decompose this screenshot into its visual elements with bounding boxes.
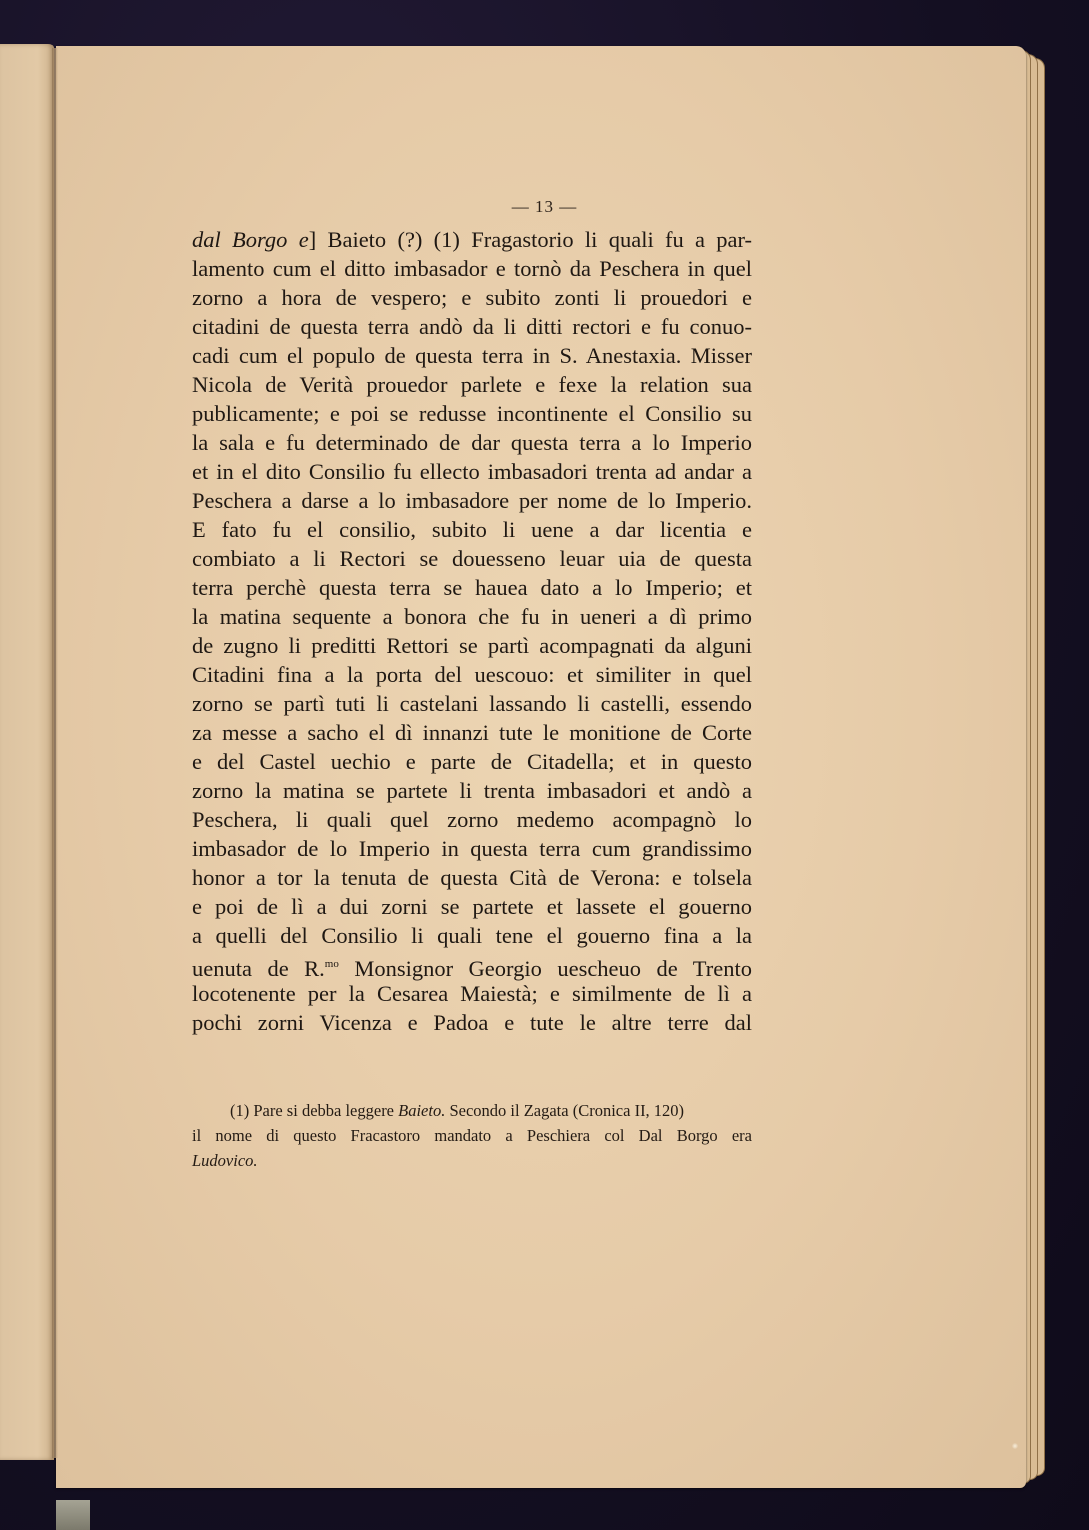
- line-text: ] Baieto (?) (1) Fragastorio li quali fu…: [309, 227, 752, 252]
- facing-page-edge: [0, 44, 54, 1460]
- text-line: lamento cum el ditto imbasador e tornò d…: [192, 254, 752, 283]
- text-line: za messe a sacho el dì innanzi tute le m…: [192, 718, 752, 747]
- footnote-line: Ludovico.: [192, 1148, 752, 1173]
- text-line: dal Borgo e] Baieto (?) (1) Fragastorio …: [192, 225, 752, 254]
- text-line: publicamente; e poi se redusse incontine…: [192, 399, 752, 428]
- superscript: mo: [325, 958, 339, 970]
- text-line: citadini de questa terra andò da li ditt…: [192, 312, 752, 341]
- footnote-text: (1) Pare si debba leggere: [230, 1101, 398, 1120]
- text-line: Nicola de Verità prouedor parlete e fexe…: [192, 370, 752, 399]
- text-line: de zugno li preditti Rettori se partì ac…: [192, 631, 752, 660]
- text-line: e del Castel uechio e parte de Citadella…: [192, 747, 752, 776]
- italic-text: dal Borgo e: [192, 227, 309, 252]
- text-line: Citadini fina a la porta del uescouo: et…: [192, 660, 752, 689]
- text-line: Peschera, li quali quel zorno medemo aco…: [192, 805, 752, 834]
- text-line: E fato fu el consilio, subito li uene a …: [192, 515, 752, 544]
- body-text: dal Borgo e] Baieto (?) (1) Fragastorio …: [192, 225, 752, 1037]
- text-line: cadi cum el populo de questa terra in S.…: [192, 341, 752, 370]
- text-line: et in el dito Consilio fu ellecto imbasa…: [192, 457, 752, 486]
- text-line: a quelli del Consilio li quali tene el g…: [192, 921, 752, 950]
- page-number: — 13 —: [0, 197, 1089, 217]
- binding-tab: [56, 1500, 90, 1530]
- text-line: imbasador de lo Imperio in questa terra …: [192, 834, 752, 863]
- text-line: zorno a hora de vespero; e subito zonti …: [192, 283, 752, 312]
- footnote-line: il nome di questo Fracastoro mandato a P…: [192, 1123, 752, 1148]
- text-line: e poi de lì a dui zorni se partete et la…: [192, 892, 752, 921]
- footnote: (1) Pare si debba leggere Baieto. Second…: [192, 1098, 752, 1173]
- text-line: locotenente per la Cesarea Maiestà; e si…: [192, 979, 752, 1008]
- text-line: terra perchè questa terra se hauea dato …: [192, 573, 752, 602]
- text-line: Peschera a darse a lo imbasadore per nom…: [192, 486, 752, 515]
- paper-speck: [1012, 1443, 1018, 1449]
- text-line: pochi zorni Vicenza e Padoa e tute le al…: [192, 1008, 752, 1037]
- gutter-shadow: [52, 48, 58, 1458]
- footnote-text: Secondo il Zagata (Cronica II, 120): [445, 1101, 684, 1120]
- line-text: uenuta de R.: [192, 956, 325, 981]
- text-line: la matina sequente a bonora che fu in ue…: [192, 602, 752, 631]
- text-line: zorno la matina se partete li trenta imb…: [192, 776, 752, 805]
- text-line: zorno se partì tuti li castelani lassand…: [192, 689, 752, 718]
- text-line: combiato a li Rectori se douesseno leuar…: [192, 544, 752, 573]
- line-text: Monsignor Georgio uescheuo de Trento: [339, 956, 752, 981]
- text-line: la sala e fu determinado de dar questa t…: [192, 428, 752, 457]
- footnote-line: (1) Pare si debba leggere Baieto. Second…: [192, 1098, 752, 1123]
- footnote-italic: Baieto.: [398, 1101, 445, 1120]
- text-line: uenuta de R.mo Monsignor Georgio uescheu…: [192, 950, 752, 979]
- text-line: honor a tor la tenuta de questa Cità de …: [192, 863, 752, 892]
